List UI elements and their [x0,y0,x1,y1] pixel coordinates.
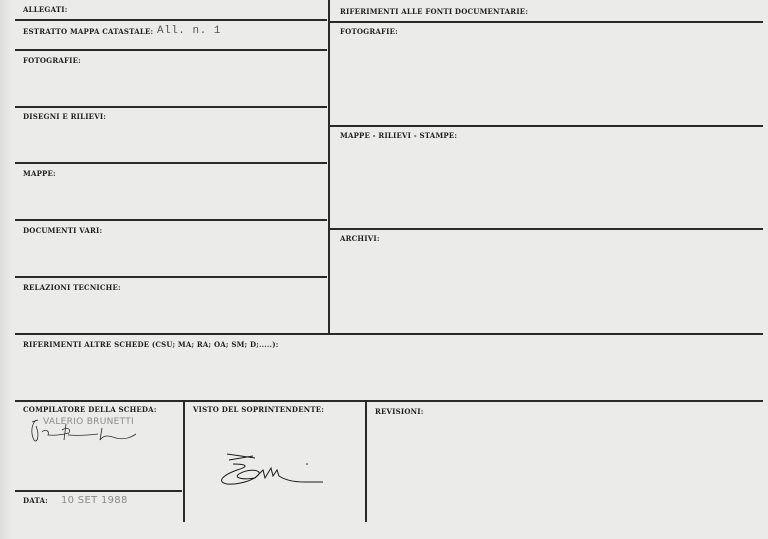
revisioni-field[interactable] [368,402,763,521]
data-date-stamp: 10 SET 1988 [61,495,128,506]
relazioni-tecniche-label: RELAZIONI TECNICHE: [23,283,121,292]
estratto-mappa-label: ESTRATTO MAPPA CATASTALE: [23,27,153,36]
riferimenti-altre-schede-label: RIFERIMENTI ALTRE SCHEDE (CSU; MA; RA; O… [23,340,279,349]
riferimenti-fonti-label: RIFERIMENTI ALLE FONTI DOCUMENTARIE: [340,7,528,16]
column-divider [328,0,330,335]
fonti-fotografie-label: FOTOGRAFIE: [340,27,398,36]
visto-soprintendente-label: VISTO DEL SOPRINTENDENTE: [193,405,324,414]
mappe-field[interactable] [15,164,327,219]
estratto-mappa-value: All. n. 1 [157,25,221,37]
compilatore-label: COMPILATORE DELLA SCHEDA: [23,405,157,414]
archivi-field[interactable] [331,230,763,333]
compilator-signature [28,418,148,448]
mappe-label: MAPPE: [23,169,56,178]
bottom-divider [183,401,185,522]
fonti-fotografie-field[interactable] [331,23,763,125]
data-label: DATA: [23,496,48,505]
divider [15,490,182,492]
allegati-label: ALLEGATI: [23,5,68,14]
disegni-rilievi-label: DISEGNI E RILIEVI: [23,112,106,121]
revisioni-label: REVISIONI: [375,407,424,416]
documenti-vari-label: DOCUMENTI VARI: [23,226,102,235]
catalog-form-page: ALLEGATI: ESTRATTO MAPPA CATASTALE: All.… [0,0,768,539]
mappe-rilievi-stampe-field[interactable] [331,127,763,228]
archivi-label: ARCHIVI: [340,234,380,243]
bottom-divider [365,401,367,522]
fotografie-label: FOTOGRAFIE: [23,56,81,65]
soprintendente-signature [215,452,330,488]
mappe-rilievi-stampe-label: MAPPE - RILIEVI - STAMPE: [340,131,457,140]
